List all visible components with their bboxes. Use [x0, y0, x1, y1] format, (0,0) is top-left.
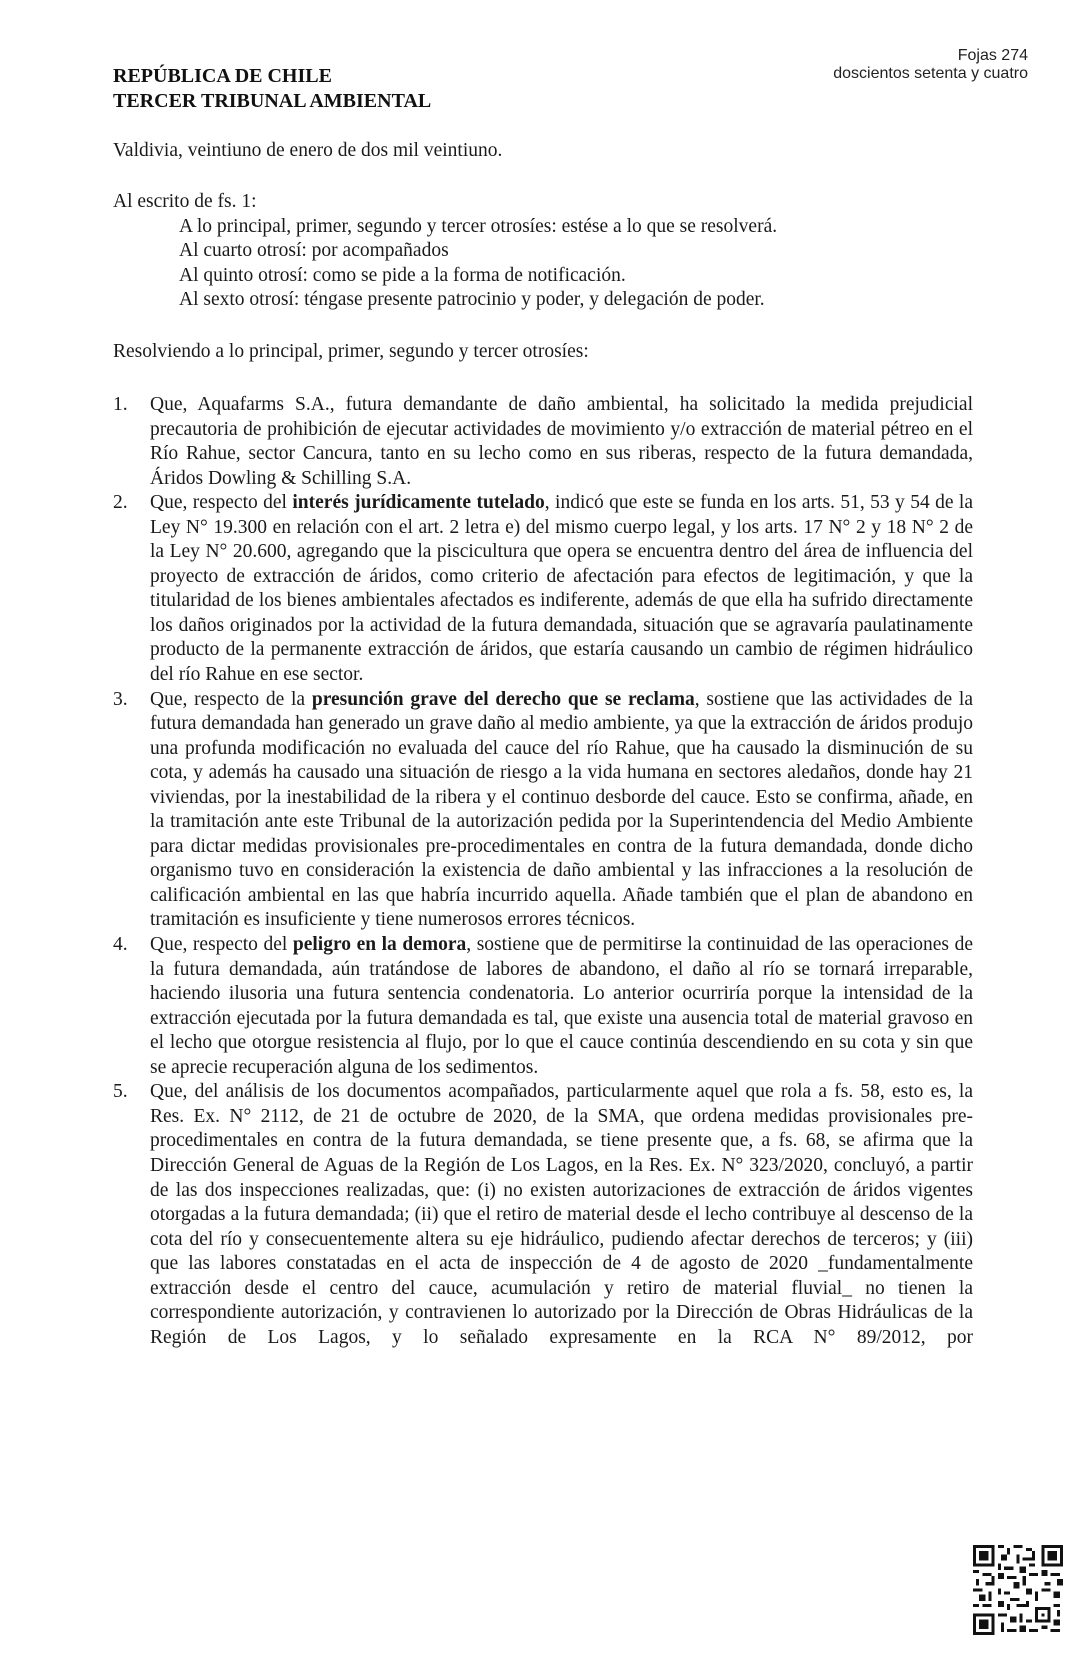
considerando-item: 4. Que, respecto del peligro en la demor… [113, 933, 973, 1080]
item-number: 2. [113, 491, 128, 516]
escrito-item: Al cuarto otrosí: por acompañados [113, 239, 963, 264]
court-header: REPÚBLICA DE CHILE TERCER TRIBUNAL AMBIE… [113, 64, 431, 114]
item-text: Que, respecto del [150, 934, 293, 955]
item-number: 3. [113, 688, 128, 713]
item-number: 5. [113, 1080, 128, 1105]
escrito-item: Al quinto otrosí: como se pide a la form… [113, 264, 963, 289]
item-text: Que, del análisis de los documentos acom… [150, 1081, 973, 1347]
considerandos-list: 1. Que, Aquafarms S.A., futura demandant… [113, 393, 973, 1350]
item-bold-text: peligro en la demora [293, 934, 466, 955]
escrito-title: Al escrito de fs. 1: [113, 190, 963, 215]
date-line: Valdivia, veintiuno de enero de dos mil … [113, 139, 502, 164]
considerando-item: 2. Que, respecto del interés jurídicamen… [113, 491, 973, 687]
considerando-item: 3. Que, respecto de la presunción grave … [113, 688, 973, 933]
item-text: , indicó que este se funda en los arts. … [150, 492, 973, 685]
item-text: , sostiene que las actividades de la fut… [150, 689, 973, 931]
escrito-item: Al sexto otrosí: téngase presente patroc… [113, 288, 963, 313]
considerando-item: 1. Que, Aquafarms S.A., futura demandant… [113, 393, 973, 491]
resolviendo-heading: Resolviendo a lo principal, primer, segu… [113, 340, 589, 365]
fojas-words: doscientos setenta y cuatro [833, 65, 1028, 83]
document-page: Fojas 274 doscientos setenta y cuatro RE… [0, 0, 1088, 1664]
header-country: REPÚBLICA DE CHILE [113, 64, 431, 89]
header-court: TERCER TRIBUNAL AMBIENTAL [113, 89, 431, 114]
fojas-number: Fojas 274 [833, 47, 1028, 65]
considerando-item: 5. Que, del análisis de los documentos a… [113, 1080, 973, 1350]
item-number: 1. [113, 393, 128, 418]
fojas-stamp: Fojas 274 doscientos setenta y cuatro [833, 47, 1028, 83]
item-bold-text: presunción grave del derecho que se recl… [312, 689, 695, 710]
item-text: Que, respecto del [150, 492, 292, 513]
item-text: Que, respecto de la [150, 689, 312, 710]
escrito-section: Al escrito de fs. 1: A lo principal, pri… [113, 190, 963, 313]
item-text: , sostiene que de permitirse la continui… [150, 934, 973, 1078]
item-number: 4. [113, 933, 128, 958]
qr-code-icon [973, 1545, 1063, 1635]
item-bold-text: interés jurídicamente tutelado [292, 492, 544, 513]
item-text: Que, Aquafarms S.A., futura demandante d… [150, 394, 973, 489]
escrito-item: A lo principal, primer, segundo y tercer… [113, 215, 963, 240]
